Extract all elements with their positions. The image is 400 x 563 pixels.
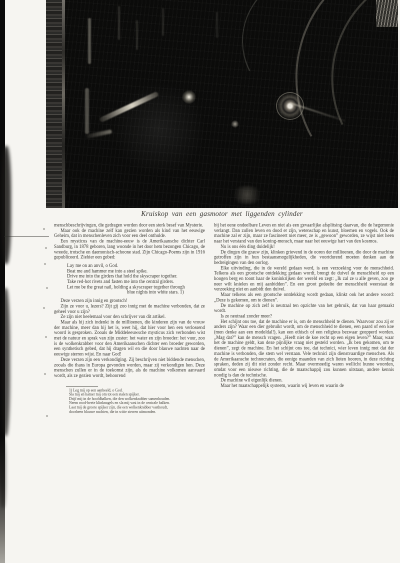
paragraph: Maar ook de machine zelf kan gezien word… [54, 228, 205, 239]
left-column: menschbeschrijvingen, die gedragen worde… [54, 223, 205, 414]
scan-speck [44, 263, 46, 265]
paragraph: De machine op zich zelf is neutraal ten … [214, 303, 394, 314]
poem-line: blue nights into white stars. 1) [127, 290, 205, 295]
photo-highlight-streak [162, 8, 164, 36]
paragraph: bij het eene ondeelbare Leven en niet al… [214, 223, 394, 244]
scan-blotch [1, 146, 11, 264]
scan-speck [43, 307, 45, 309]
photo-caption: Kruiskop van een gasmotor met liggenden … [46, 210, 398, 218]
photo-highlight-streak [88, 18, 91, 64]
right-column: bij het eene ondeelbare Leven en niet al… [214, 223, 394, 414]
paragraph: Maar telkens als een grootsche ontdekkin… [214, 293, 394, 304]
paragraph: Maar het maatschappelijk systeem, waarin… [214, 384, 394, 389]
footnote: 1) Leg mij op een aanbeeld, o God. Sla m… [69, 386, 205, 414]
scan-corner-noise [376, 0, 398, 27]
scan-speck [46, 415, 48, 417]
scan-speck [44, 373, 46, 375]
scan-speck [45, 336, 47, 338]
machine-part-highlight [182, 90, 196, 104]
scan-speck [43, 228, 45, 230]
paragraph: Het schijnt ons toe, dat de machine er i… [214, 319, 394, 378]
scan-speck [45, 247, 47, 249]
sandburg-poem-quote: Lay me on an anvil, o God. Beat me and h… [67, 263, 205, 295]
paragraph: Zijn ze voor u, lezers? Zijt gij zoo inn… [54, 304, 205, 315]
paragraph: Maar als hij zich indenkt in de millioen… [54, 320, 205, 357]
article-body: menschbeschrijvingen, die gedragen worde… [54, 223, 394, 463]
machine-part-highlight [231, 120, 239, 128]
photo-highlight-glow [104, 84, 214, 174]
paragraph: De dingen die grauw zijn, klinken grieve… [214, 250, 394, 266]
photo-gutter-band [46, 0, 62, 208]
paragraph: Een mysticus van de machine-eeuw is de A… [54, 239, 205, 260]
scan-fold-line [4, 236, 49, 237]
paragraph: Elke uitvinding, die in de wereld gedaan… [214, 266, 394, 293]
photo-highlight-streak [136, 20, 138, 50]
footnote-rule [66, 386, 98, 387]
footnote-line: doorheen blauwe nachten, die in witte st… [69, 410, 205, 414]
scan-blotch [0, 436, 6, 508]
photo-gutter-edge [62, 0, 65, 208]
scanned-book-page: Kruiskop van een gasmotor met liggenden … [0, 0, 400, 563]
photo-highlight-streak [85, 88, 89, 134]
gasmotor-crosshead-photo [46, 0, 398, 208]
photo-bottom-highlight [230, 186, 264, 204]
scan-blotch [1, 288, 10, 436]
photo-highlight-streak [118, 6, 120, 40]
photo-highlight-streak [216, 12, 218, 38]
scan-speck [46, 287, 48, 289]
paragraph: Deze verzen zijn een verkondiging. Zij b… [54, 357, 205, 378]
